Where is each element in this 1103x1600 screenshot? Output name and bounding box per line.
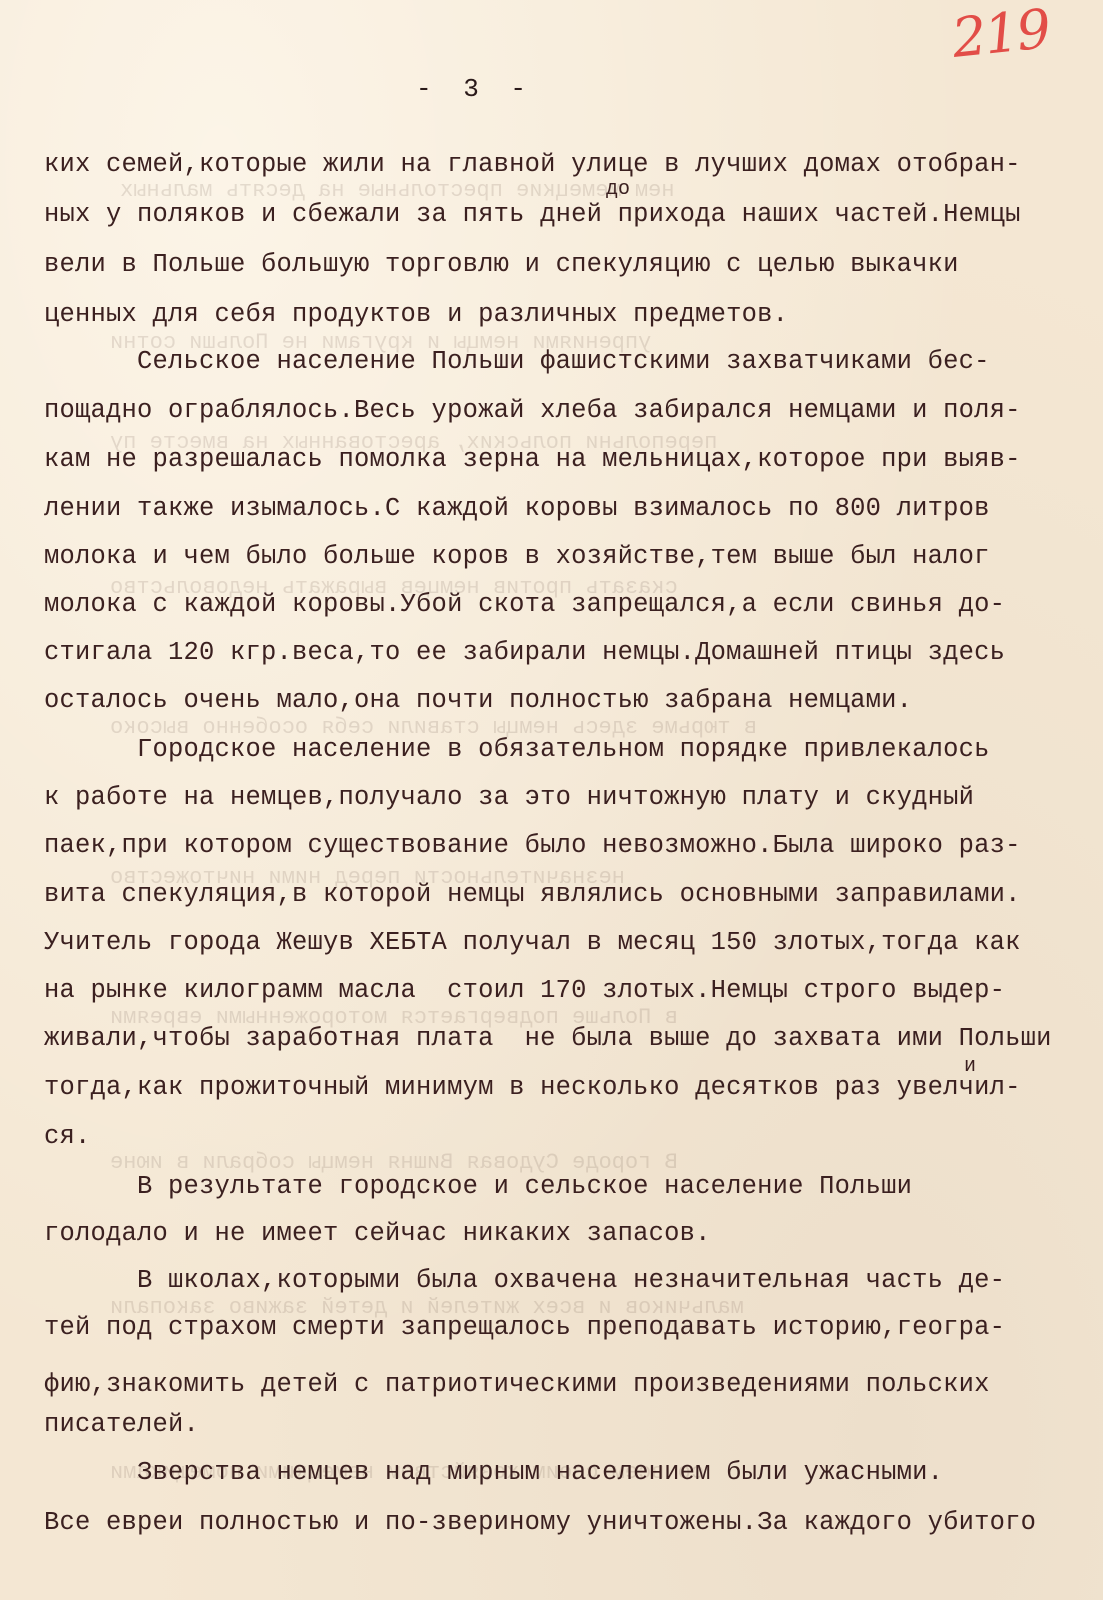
text-line: живали,чтобы заработная плата не была вы…	[44, 1024, 1052, 1053]
text-line: к работе на немцев,получало за это ничто…	[44, 783, 974, 812]
text-line: ся.	[44, 1122, 91, 1151]
text-line: вита спекуляция,в которой немцы являлись…	[44, 880, 1021, 909]
paragraph-start-line: В школах,которыми была охвачена незначит…	[44, 1266, 1005, 1295]
handwritten-insertion: до	[606, 178, 630, 201]
text-line: кам не разрешалась помолка зерна на мель…	[44, 445, 1021, 474]
text-line: ценных для себя продуктов и различных пр…	[44, 300, 788, 329]
document-page: 219 - 3 - нем мемецкие престольные на де…	[0, 0, 1103, 1600]
paragraph-start-line: В результате городское и сельское населе…	[44, 1172, 912, 1201]
text-line: тей под страхом смерти запрещалось препо…	[44, 1313, 1005, 1342]
text-line: стигала 120 кгр.веса,то ее забирали немц…	[44, 638, 1005, 667]
text-line: ких семей,которые жили на главной улице …	[44, 150, 1021, 179]
text-line: на рынке килограмм масла стоил 170 злоты…	[44, 976, 1005, 1005]
text-line: тогда,как прожиточный минимум в нескольк…	[44, 1073, 1021, 1102]
text-line: молока и чем было больше коров в хозяйст…	[44, 542, 990, 571]
text-line: Учитель города Жешув ХЕБТА получал в мес…	[44, 928, 1021, 957]
page-number: - 3 -	[416, 74, 534, 104]
archive-folio-number: 219	[949, 0, 1052, 70]
text-line: паек,при котором существование было нево…	[44, 831, 1021, 860]
text-line: писателей.	[44, 1410, 199, 1439]
paragraph-start-line: Зверства немцев над мирным населением бы…	[44, 1458, 943, 1487]
text-line: вели в Польше большую торговлю и спекуля…	[44, 250, 959, 279]
paragraph-start-line: Городское население в обязательном поряд…	[44, 735, 990, 764]
text-line: Все евреи полностью и по-звериному уничт…	[44, 1508, 1036, 1537]
text-line: голодало и не имеет сейчас никаких запас…	[44, 1219, 711, 1248]
text-line: лении также изымалось.С каждой коровы вз…	[44, 494, 990, 523]
paragraph-start-line: Сельское население Польши фашистскими за…	[44, 347, 990, 376]
text-line: фию,знакомить детей с патриотическими пр…	[44, 1370, 990, 1399]
text-line: молока с каждой коровы.Убой скота запрещ…	[44, 590, 1005, 619]
text-line: пощадно ограблялось.Весь урожай хлеба за…	[44, 396, 1021, 425]
text-line: осталось очень мало,она почти полностью …	[44, 686, 912, 715]
text-line: ных у поляков и сбежали за пять дней при…	[44, 200, 1021, 229]
